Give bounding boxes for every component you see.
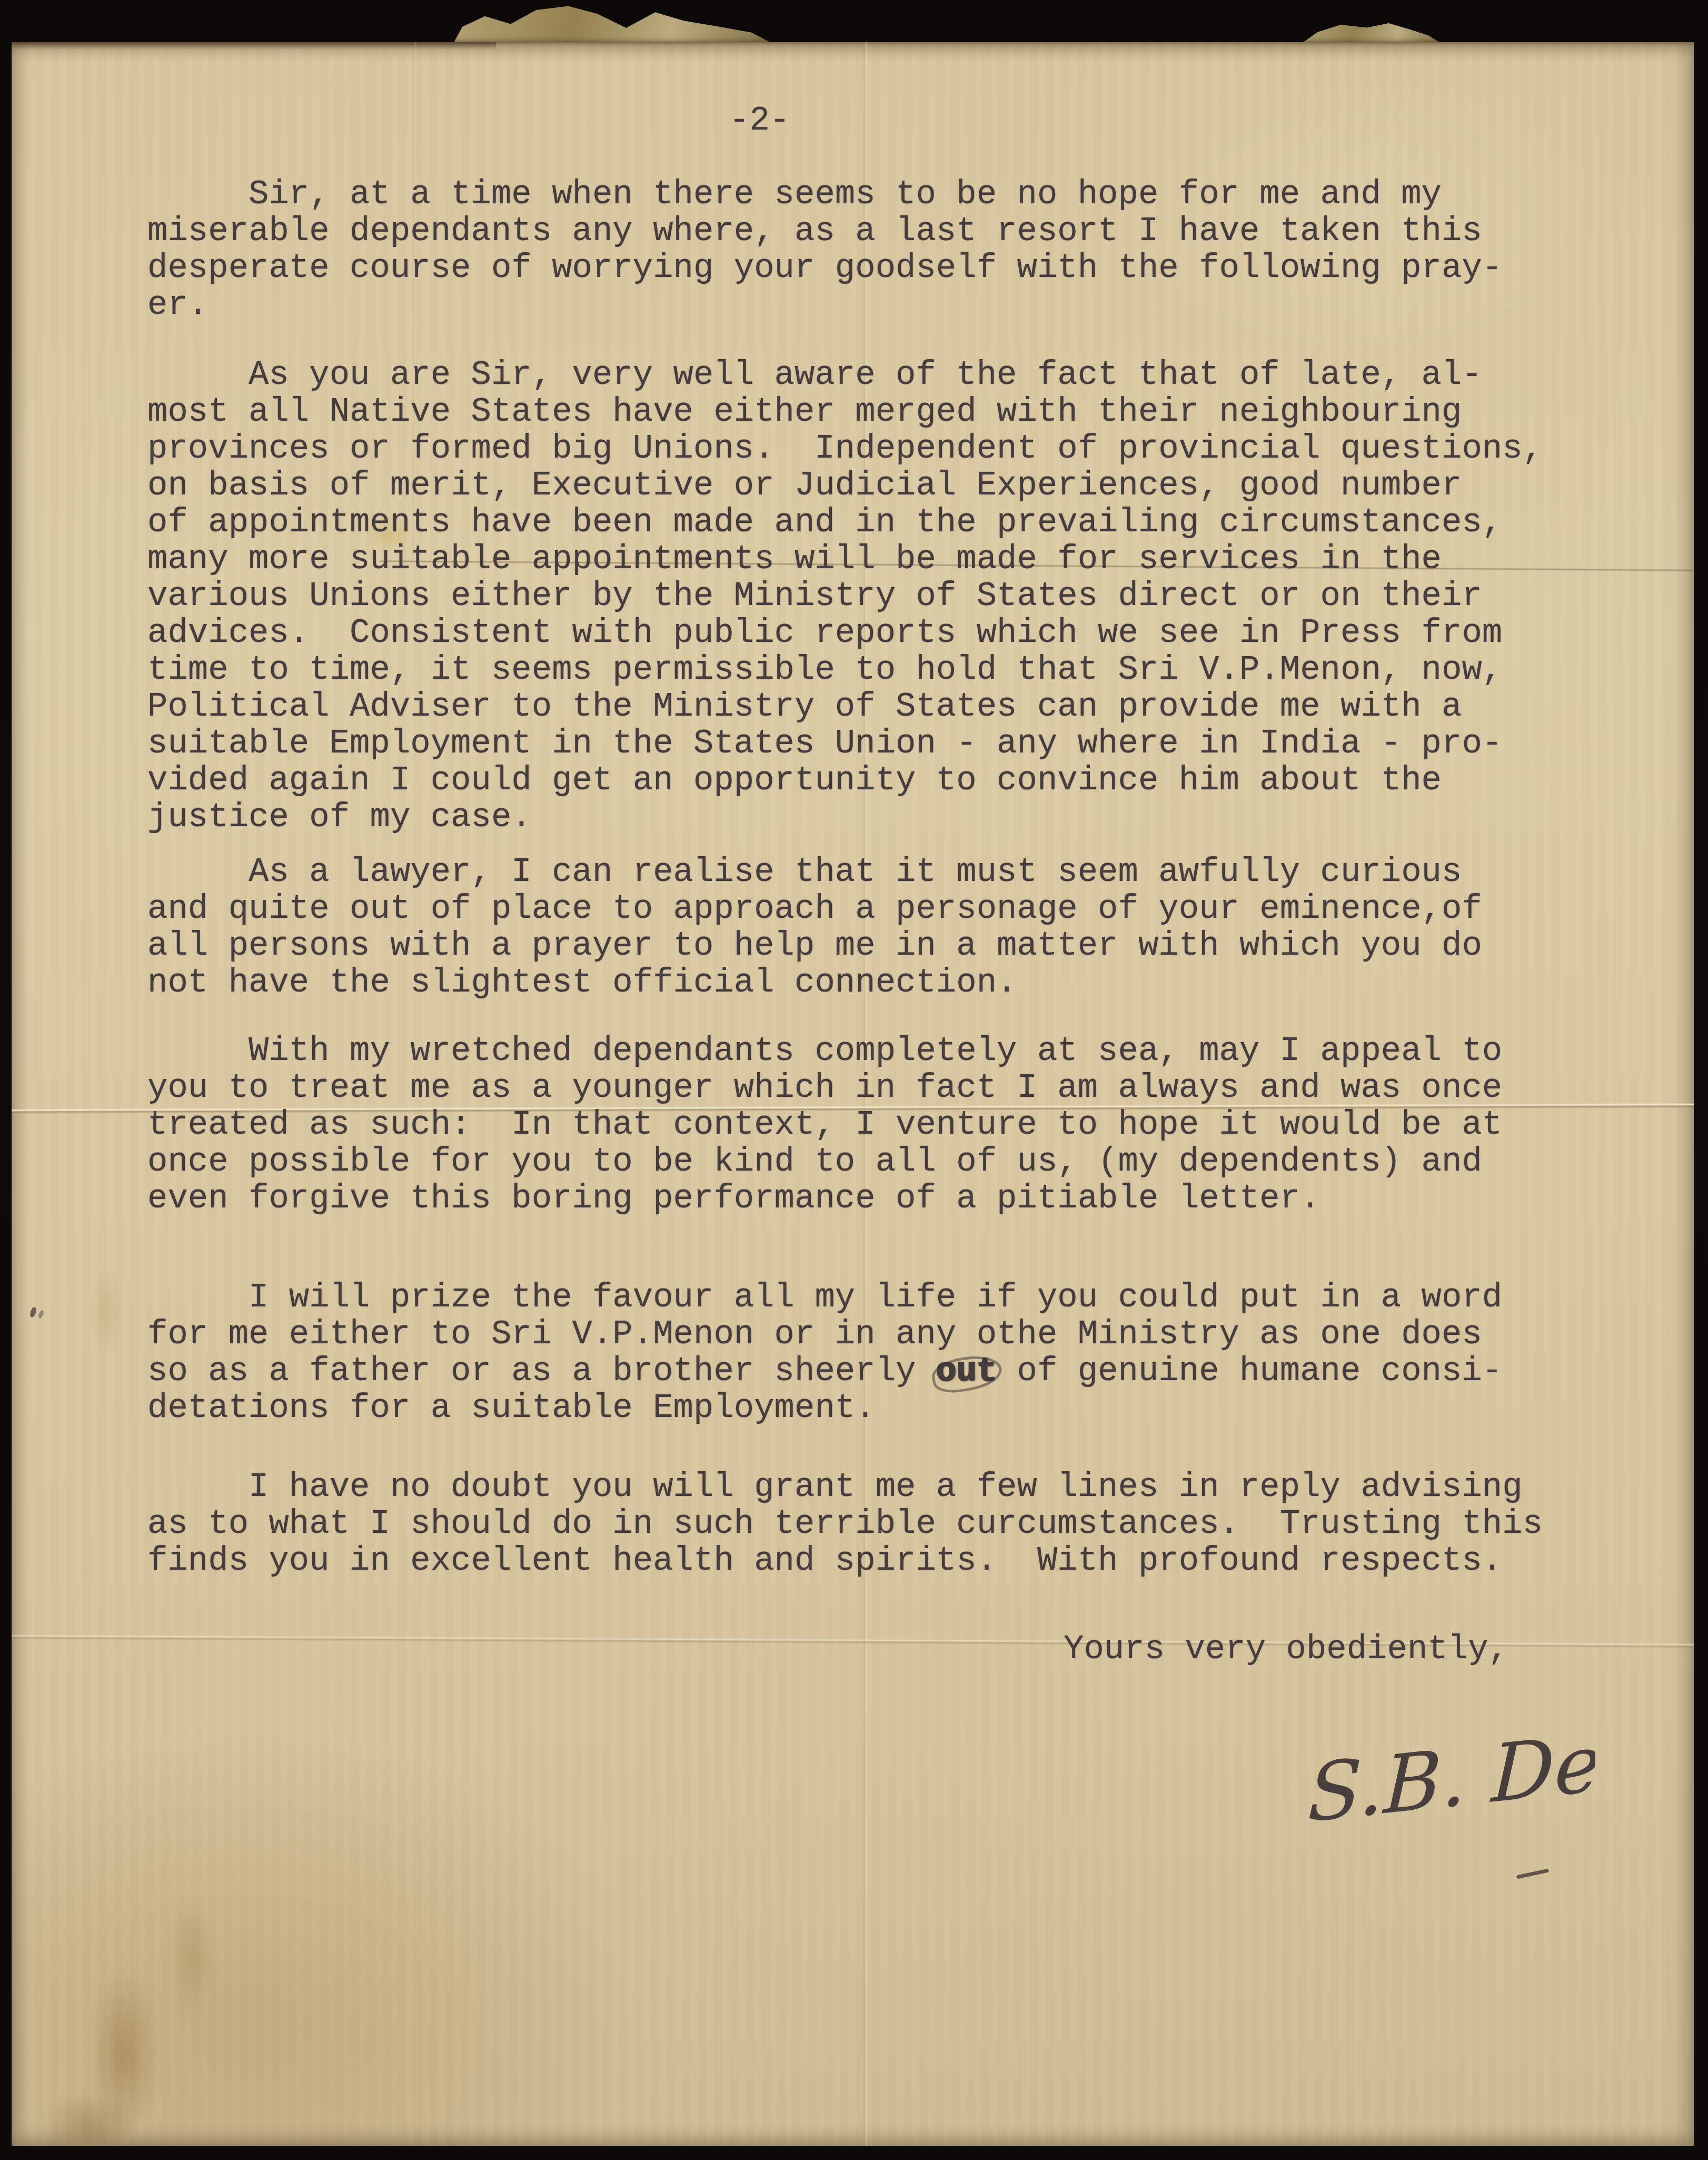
- page-number: -2-: [729, 103, 790, 140]
- ink-speck: [37, 1310, 45, 1319]
- paragraph-4: With my wretched dependants completely a…: [147, 1033, 1502, 1217]
- overstruck-word: out: [936, 1353, 997, 1391]
- paper-stain: [33, 1822, 317, 2143]
- signature-underline-dash: [1516, 1869, 1549, 1879]
- paragraph-2: As you are Sir, very well aware of the f…: [147, 357, 1543, 836]
- handwritten-signature: S.B. De.: [1306, 1713, 1595, 1840]
- paragraph-6: I have no doubt you will grant me a few …: [147, 1469, 1543, 1580]
- torn-tape-fragment-right: [1300, 22, 1443, 44]
- letter-page: -2- Sir, at a time when there seems to b…: [12, 42, 1694, 2146]
- signature-area: S.B. De.: [1300, 1693, 1595, 1867]
- paragraph-3: As a lawyer, I can realise that it must …: [147, 854, 1482, 1002]
- torn-top-edge-shadow: [12, 42, 496, 49]
- torn-tape-fragment-left: [453, 5, 774, 44]
- document-scan: -2- Sir, at a time when there seems to b…: [0, 0, 1708, 2160]
- paper-stain: [75, 1243, 138, 1380]
- paragraph-1: Sir, at a time when there seems to be no…: [147, 176, 1502, 324]
- paragraph-5: I will prize the favour all my life if y…: [147, 1280, 1502, 1427]
- valediction: Yours very obediently,: [1064, 1631, 1508, 1668]
- ink-speck: [29, 1306, 37, 1318]
